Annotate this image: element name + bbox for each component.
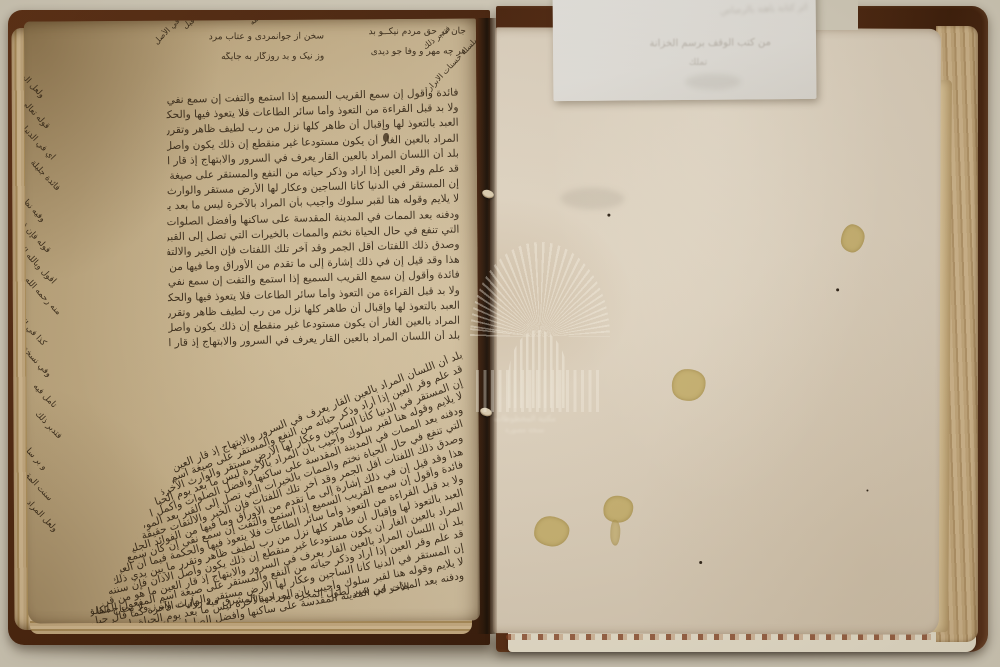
gutter [477,18,497,634]
right-page [493,27,941,635]
pencil-smudge [685,74,741,90]
smudge [560,187,624,209]
pencil-note-word: تملك [655,58,707,68]
script-line: ولعل المراد به [24,18,47,100]
speck [836,288,839,291]
header-couplet: هر چه مهر و وفا جو دیدی [334,46,466,57]
stain [839,223,866,254]
header-couplet: سخن از جوانمردی و عتاب مرد [202,31,324,42]
speck [607,214,610,217]
manuscript-photo: جان در حق مردم نیکــو بد هر چه مهر و وفا… [0,0,1000,667]
speck [866,490,868,492]
pencil-note-main: من كتب الوقف برسم الخزانة [601,37,771,49]
background-gap [810,0,858,30]
stain [670,367,708,403]
worn-leather-edge [506,634,968,640]
stain [602,494,634,523]
stain [533,515,570,547]
paper-slip: أثر كتابة باهتة بالرصاص من كتب الوقف برس… [553,0,817,101]
stain-tail [610,520,620,546]
pencil-note-faint: أثر كتابة باهتة بالرصاص [683,3,808,18]
left-page: جان در حق مردم نیکــو بد هر چه مهر و وفا… [24,18,480,623]
speck [699,561,702,564]
